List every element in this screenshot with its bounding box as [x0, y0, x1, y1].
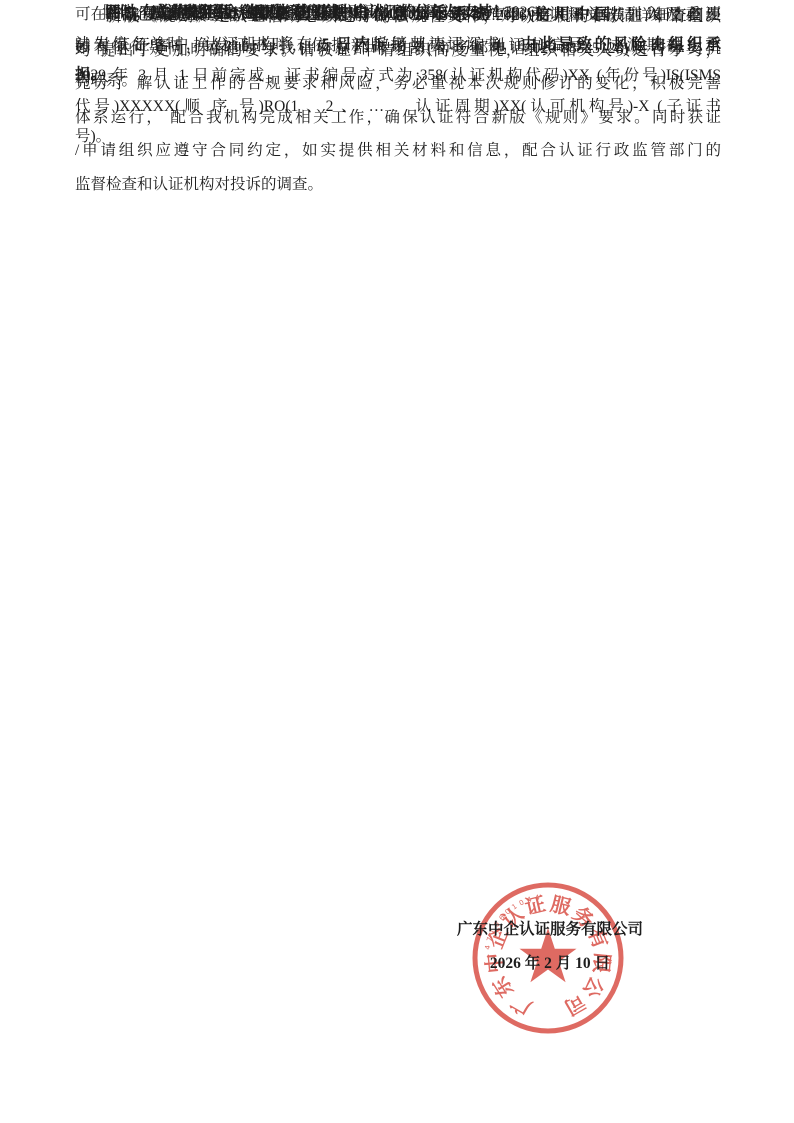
company-signature: 广东中企认证服务有限公司 — [420, 917, 680, 939]
paragraph-7-line-4: 体系运行， 配合我机构完成相关工作，确保认证符合新版《规则》要求。同时获证 — [75, 101, 721, 135]
paragraph-7-line-6: 监督检查和认证机构对投诉的调查。 — [75, 168, 721, 202]
paragraph-7-line-5: /申请组织应遵守合同约定，如实提供相关材料和信息，配合认证行政监管部门的 — [75, 134, 721, 168]
attachment-line-2: 2. 新版《信息安全管理体系认证规则》释义 — [75, 0, 794, 22]
svg-text:东: 东 — [487, 972, 518, 1002]
svg-text:司: 司 — [560, 989, 589, 1019]
paragraph-8-line-2: 如有任何疑问，可随时与我机构总部市场部(市场部电话:020-88525128)及… — [75, 33, 721, 66]
paragraph-8-line-3: 构联系。 — [75, 65, 721, 98]
signature-date: 2026 年 2 月 10 日 — [420, 951, 680, 973]
